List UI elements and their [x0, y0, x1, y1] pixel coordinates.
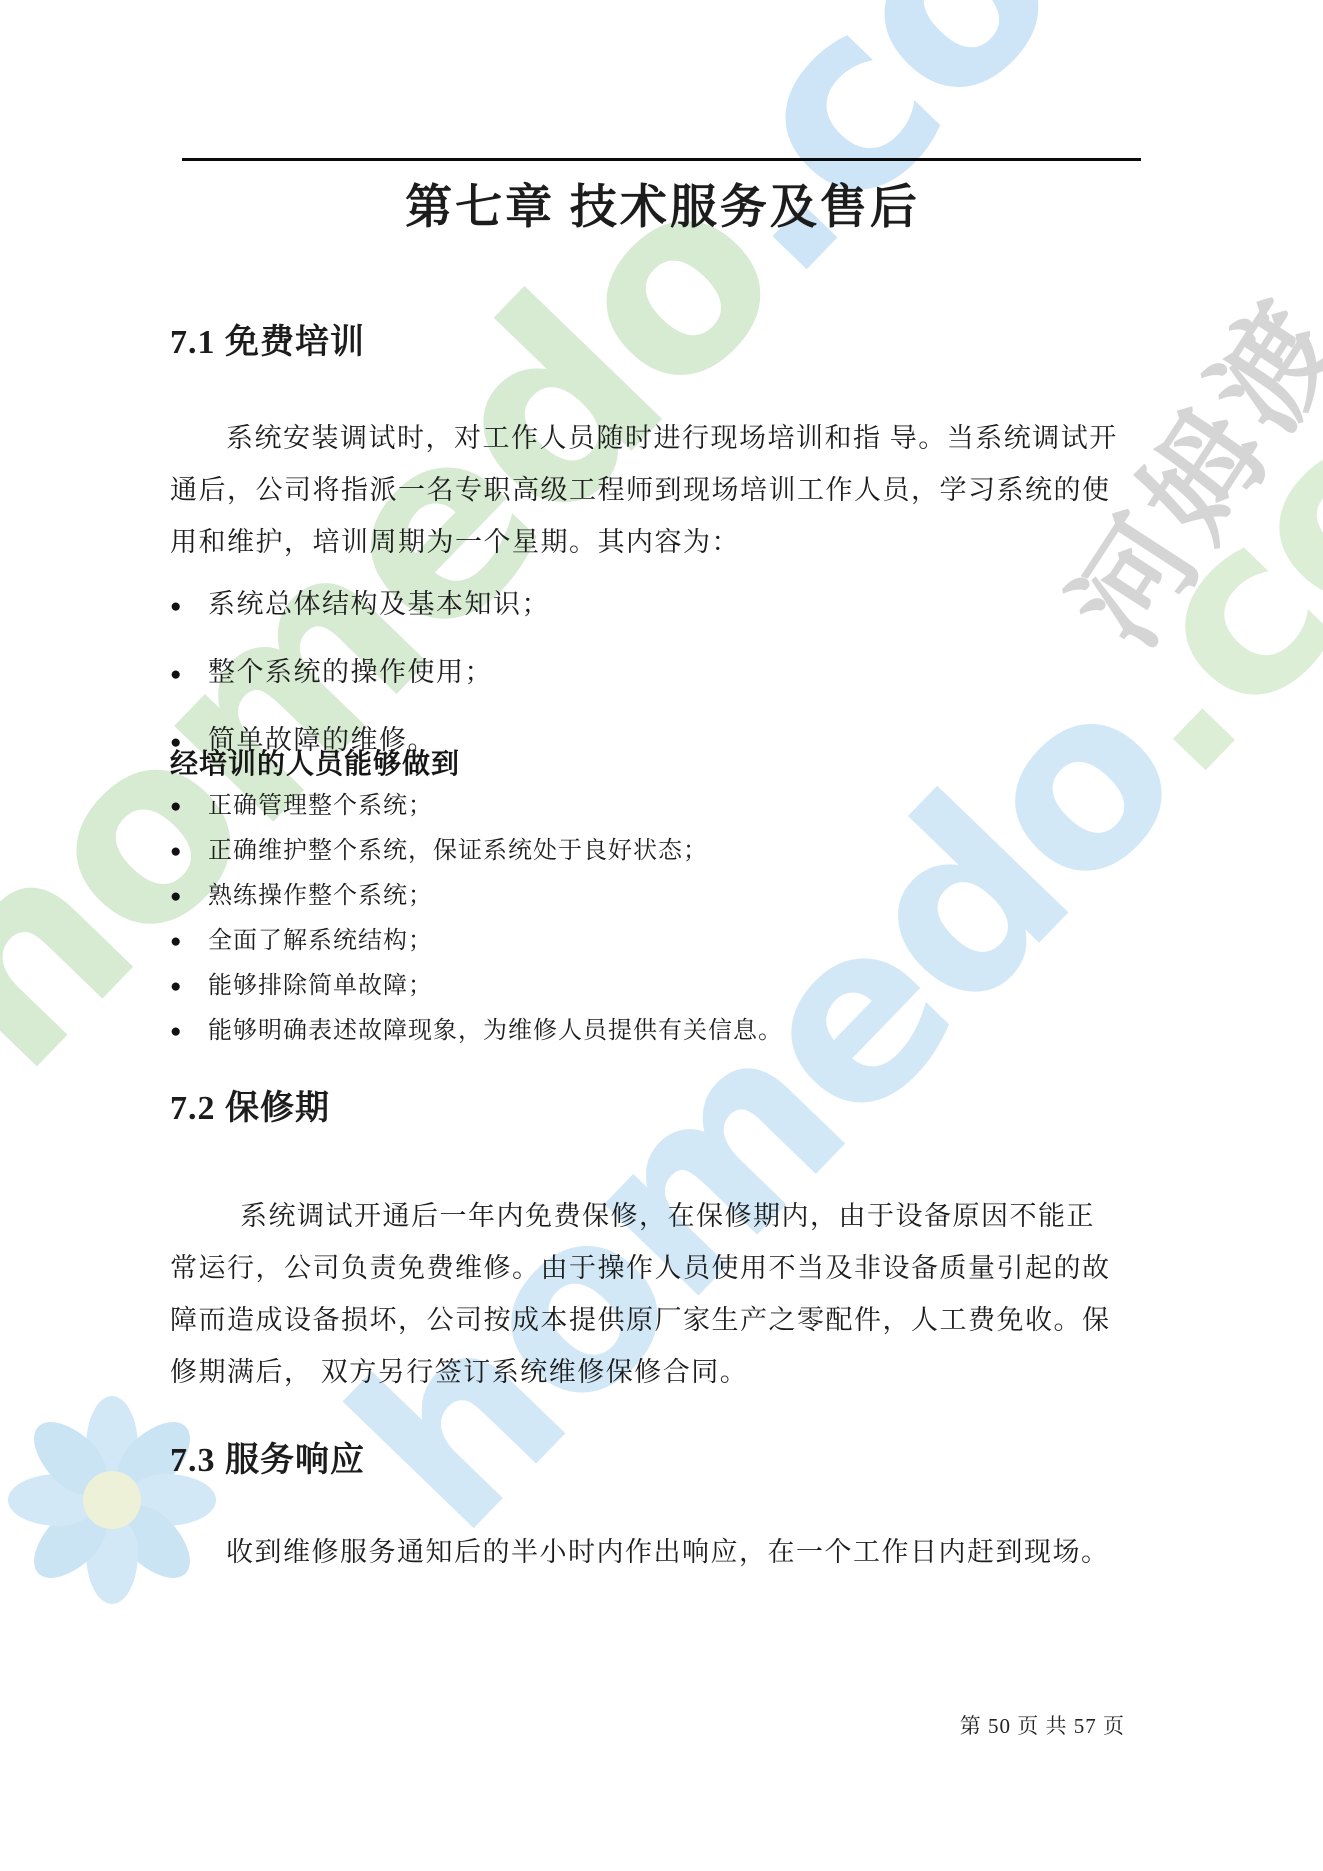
- list-item: ●正确维护整个系统，保证系统处于良好状态；: [170, 829, 1162, 874]
- flower-center: [83, 1471, 141, 1529]
- list-item-text: 熟练操作整个系统；: [208, 883, 433, 909]
- paragraph-line: 系统安装调试时，对工作人员随时进行现场培训和指 导。当系统调试开: [170, 412, 1162, 464]
- flower-petal: [20, 1408, 119, 1507]
- paragraph-line: 常运行，公司负责免费维修。由于操作人员使用不当及非设备质量引起的故: [170, 1242, 1162, 1294]
- list-item: ●正确管理整个系统；: [170, 784, 1162, 829]
- flower-petal: [8, 1474, 96, 1526]
- list-item-text: 整个系统的操作使用；: [208, 657, 493, 687]
- list-item: ●能够排除简单故障；: [170, 964, 1162, 1009]
- bullet-icon: ●: [170, 964, 208, 1009]
- watermark-dotcom-text: .com: [621, 0, 1288, 329]
- paragraph-line: 收到维修服务通知后的半小时内作出响应，在一个工作日内赶到现场。: [170, 1526, 1162, 1578]
- list-item-text: 正确管理整个系统；: [208, 793, 433, 819]
- paragraph-line: 通后，公司将指派一名专职高级工程师到现场培训工作人员，学习系统的使: [170, 464, 1162, 516]
- header-rule: [182, 158, 1141, 161]
- trained-abilities-list: ●正确管理整个系统； ●正确维护整个系统，保证系统处于良好状态； ●熟练操作整个…: [170, 784, 1162, 1054]
- paragraph-line: 用和维护，培训周期为一个星期。其内容为：: [170, 516, 1162, 568]
- flower-logo-watermark: [12, 1385, 212, 1615]
- paragraph-7-3: 收到维修服务通知后的半小时内作出响应，在一个工作日内赶到现场。: [170, 1526, 1162, 1578]
- bullet-icon: ●: [170, 641, 208, 709]
- list-item-text: 能够排除简单故障；: [208, 973, 433, 999]
- list-item-text: 能够明确表述故障现象，为维修人员提供有关信息。: [208, 1018, 783, 1044]
- list-item-text: 系统总体结构及基本知识；: [208, 589, 550, 619]
- paragraph-line: 修期满后， 双方另行签订系统维修保修合同。: [170, 1346, 1162, 1398]
- chapter-title: 第七章 技术服务及售后: [170, 170, 1155, 237]
- paragraph-line: 障而造成设备损坏，公司按成本提供原厂家生产之零配件，人工费免收。保: [170, 1294, 1162, 1346]
- list-item: ●全面了解系统结构；: [170, 919, 1162, 964]
- list-item: ●系统总体结构及基本知识；: [170, 570, 1162, 638]
- list-item: ●能够明确表述故障现象，为维修人员提供有关信息。: [170, 1009, 1162, 1054]
- list-item: ●整个系统的操作使用；: [170, 638, 1162, 706]
- section-heading-7-2: 7.2 保修期: [170, 1086, 330, 1132]
- bullet-icon: ●: [170, 874, 208, 919]
- list-item-text: 全面了解系统结构；: [208, 928, 433, 954]
- paragraph-7-1: 系统安装调试时，对工作人员随时进行现场培训和指 导。当系统调试开 通后，公司将指…: [170, 412, 1162, 568]
- flower-petal: [86, 1516, 138, 1604]
- paragraph-7-2: 系统调试开通后一年内免费保修，在保修期内，由于设备原因不能正 常运行，公司负责免…: [170, 1190, 1162, 1398]
- bullet-icon: ●: [170, 1009, 208, 1054]
- page-number-footer: 第 50 页 共 57 页: [960, 1710, 1125, 1740]
- section-heading-7-3: 7.3 服务响应: [170, 1438, 365, 1484]
- list-item-text: 正确维护整个系统，保证系统处于良好状态；: [208, 838, 708, 864]
- section-heading-7-1: 7.1 免费培训: [170, 320, 365, 366]
- bullet-icon: ●: [170, 919, 208, 964]
- paragraph-line: 系统调试开通后一年内免费保修，在保修期内，由于设备原因不能正: [170, 1190, 1162, 1242]
- flower-petal: [86, 1396, 138, 1484]
- list-item: ●熟练操作整个系统；: [170, 874, 1162, 919]
- bullet-icon: ●: [170, 784, 208, 829]
- bullet-icon: ●: [170, 829, 208, 874]
- document-page: homedo.com homedo.com 河姆渡 第七章 技术服务及售后 7.…: [0, 0, 1323, 1871]
- bullet-icon: ●: [170, 573, 208, 641]
- flower-petal: [20, 1493, 119, 1592]
- subheading-trained-personnel: 经培训的人员能够做到: [170, 744, 460, 784]
